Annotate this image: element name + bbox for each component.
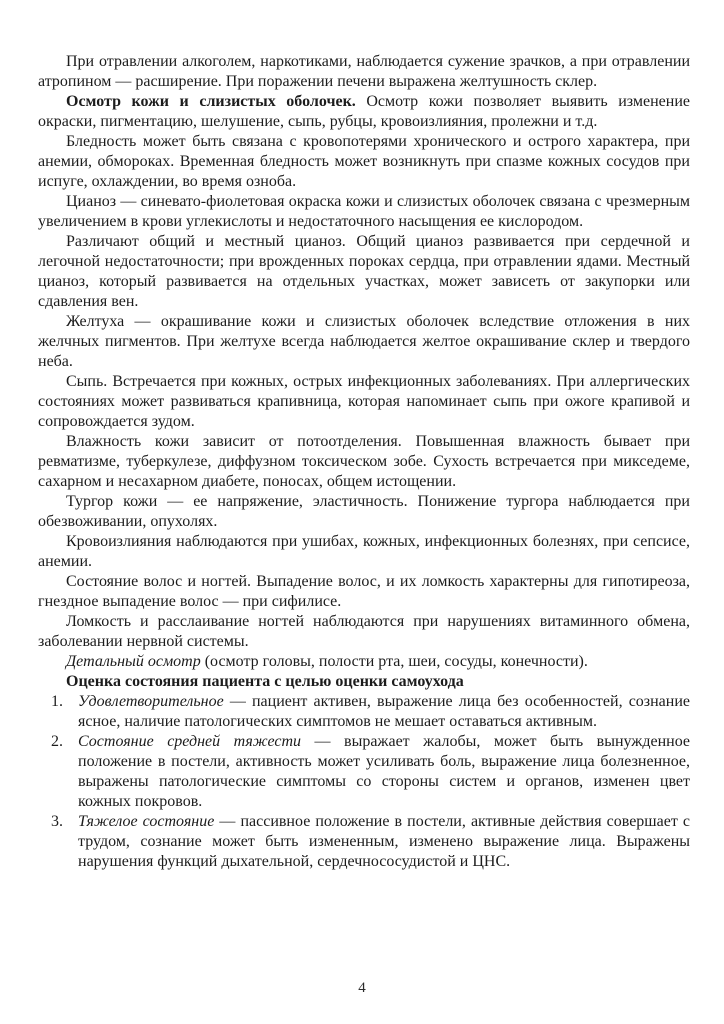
body-text: Сыпь. Встречается при кожных, острых инф…: [38, 373, 690, 430]
list-marker: 1.: [51, 692, 63, 712]
page-number: 4: [0, 978, 724, 998]
paragraph: Детальный осмотр (осмотр головы, полости…: [38, 652, 690, 672]
list-marker: 3.: [51, 812, 63, 832]
body-text: Состояние волос и ногтей. Выпадение воло…: [38, 573, 690, 610]
body-text: Кровоизлияния наблюдаются при ушибах, ко…: [38, 533, 690, 570]
paragraph: Ломкость и расслаивание ногтей наблюдают…: [38, 612, 690, 652]
list-term: Тяжелое состояние: [78, 813, 214, 830]
paragraph: Цианоз — синевато-фиолетовая окраска кож…: [38, 192, 690, 232]
paragraph: Состояние волос и ногтей. Выпадение воло…: [38, 572, 690, 612]
run-in-heading: Осмотр кожи и слизистых оболочек.: [66, 93, 356, 110]
body-text: Тургор кожи — ее напряжение, эластичност…: [38, 493, 690, 530]
list-term: Удовлетворительное: [78, 693, 224, 710]
body-text: Желтуха — окрашивание кожи и слизистых о…: [38, 313, 690, 370]
body-text: Бледность может быть связана с кровопоте…: [38, 133, 690, 190]
list-item: 2.Состояние средней тяжести — выражает ж…: [38, 732, 690, 812]
numbered-list: 1.Удовлетворительное — пациент активен, …: [38, 692, 690, 872]
paragraph: Сыпь. Встречается при кожных, острых инф…: [38, 372, 690, 432]
paragraph: Кровоизлияния наблюдаются при ушибах, ко…: [38, 532, 690, 572]
paragraph: Тургор кожи — ее напряжение, эластичност…: [38, 492, 690, 532]
body-text: Влажность кожи зависит от потоотделения.…: [38, 433, 690, 490]
list-item: 1.Удовлетворительное — пациент активен, …: [38, 692, 690, 732]
paragraph: При отравлении алкоголем, наркотиками, н…: [38, 52, 690, 92]
body-text: При отравлении алкоголем, наркотиками, н…: [38, 53, 690, 90]
paragraph: Осмотр кожи и слизистых оболочек. Осмотр…: [38, 92, 690, 132]
paragraph: Влажность кожи зависит от потоотделения.…: [38, 432, 690, 492]
run-in-subheading: Детальный осмотр: [66, 653, 201, 670]
body-text: Цианоз — синевато-фиолетовая окраска кож…: [38, 193, 690, 230]
body-text: Ломкость и расслаивание ногтей наблюдают…: [38, 613, 690, 650]
list-item: 3.Тяжелое состояние — пассивное положени…: [38, 812, 690, 872]
body-text: Различают общий и местный цианоз. Общий …: [38, 233, 690, 310]
body-text: (осмотр головы, полости рта, шеи, сосуды…: [205, 653, 588, 670]
list-marker: 2.: [51, 732, 63, 752]
paragraph: Желтуха — окрашивание кожи и слизистых о…: [38, 312, 690, 372]
list-term: Состояние средней тяжести: [78, 733, 301, 750]
section-heading: Оценка состояния пациента с целью оценки…: [38, 672, 690, 692]
paragraph: Бледность может быть связана с кровопоте…: [38, 132, 690, 192]
document-page: При отравлении алкоголем, наркотиками, н…: [0, 0, 724, 1024]
paragraph: Различают общий и местный цианоз. Общий …: [38, 232, 690, 312]
